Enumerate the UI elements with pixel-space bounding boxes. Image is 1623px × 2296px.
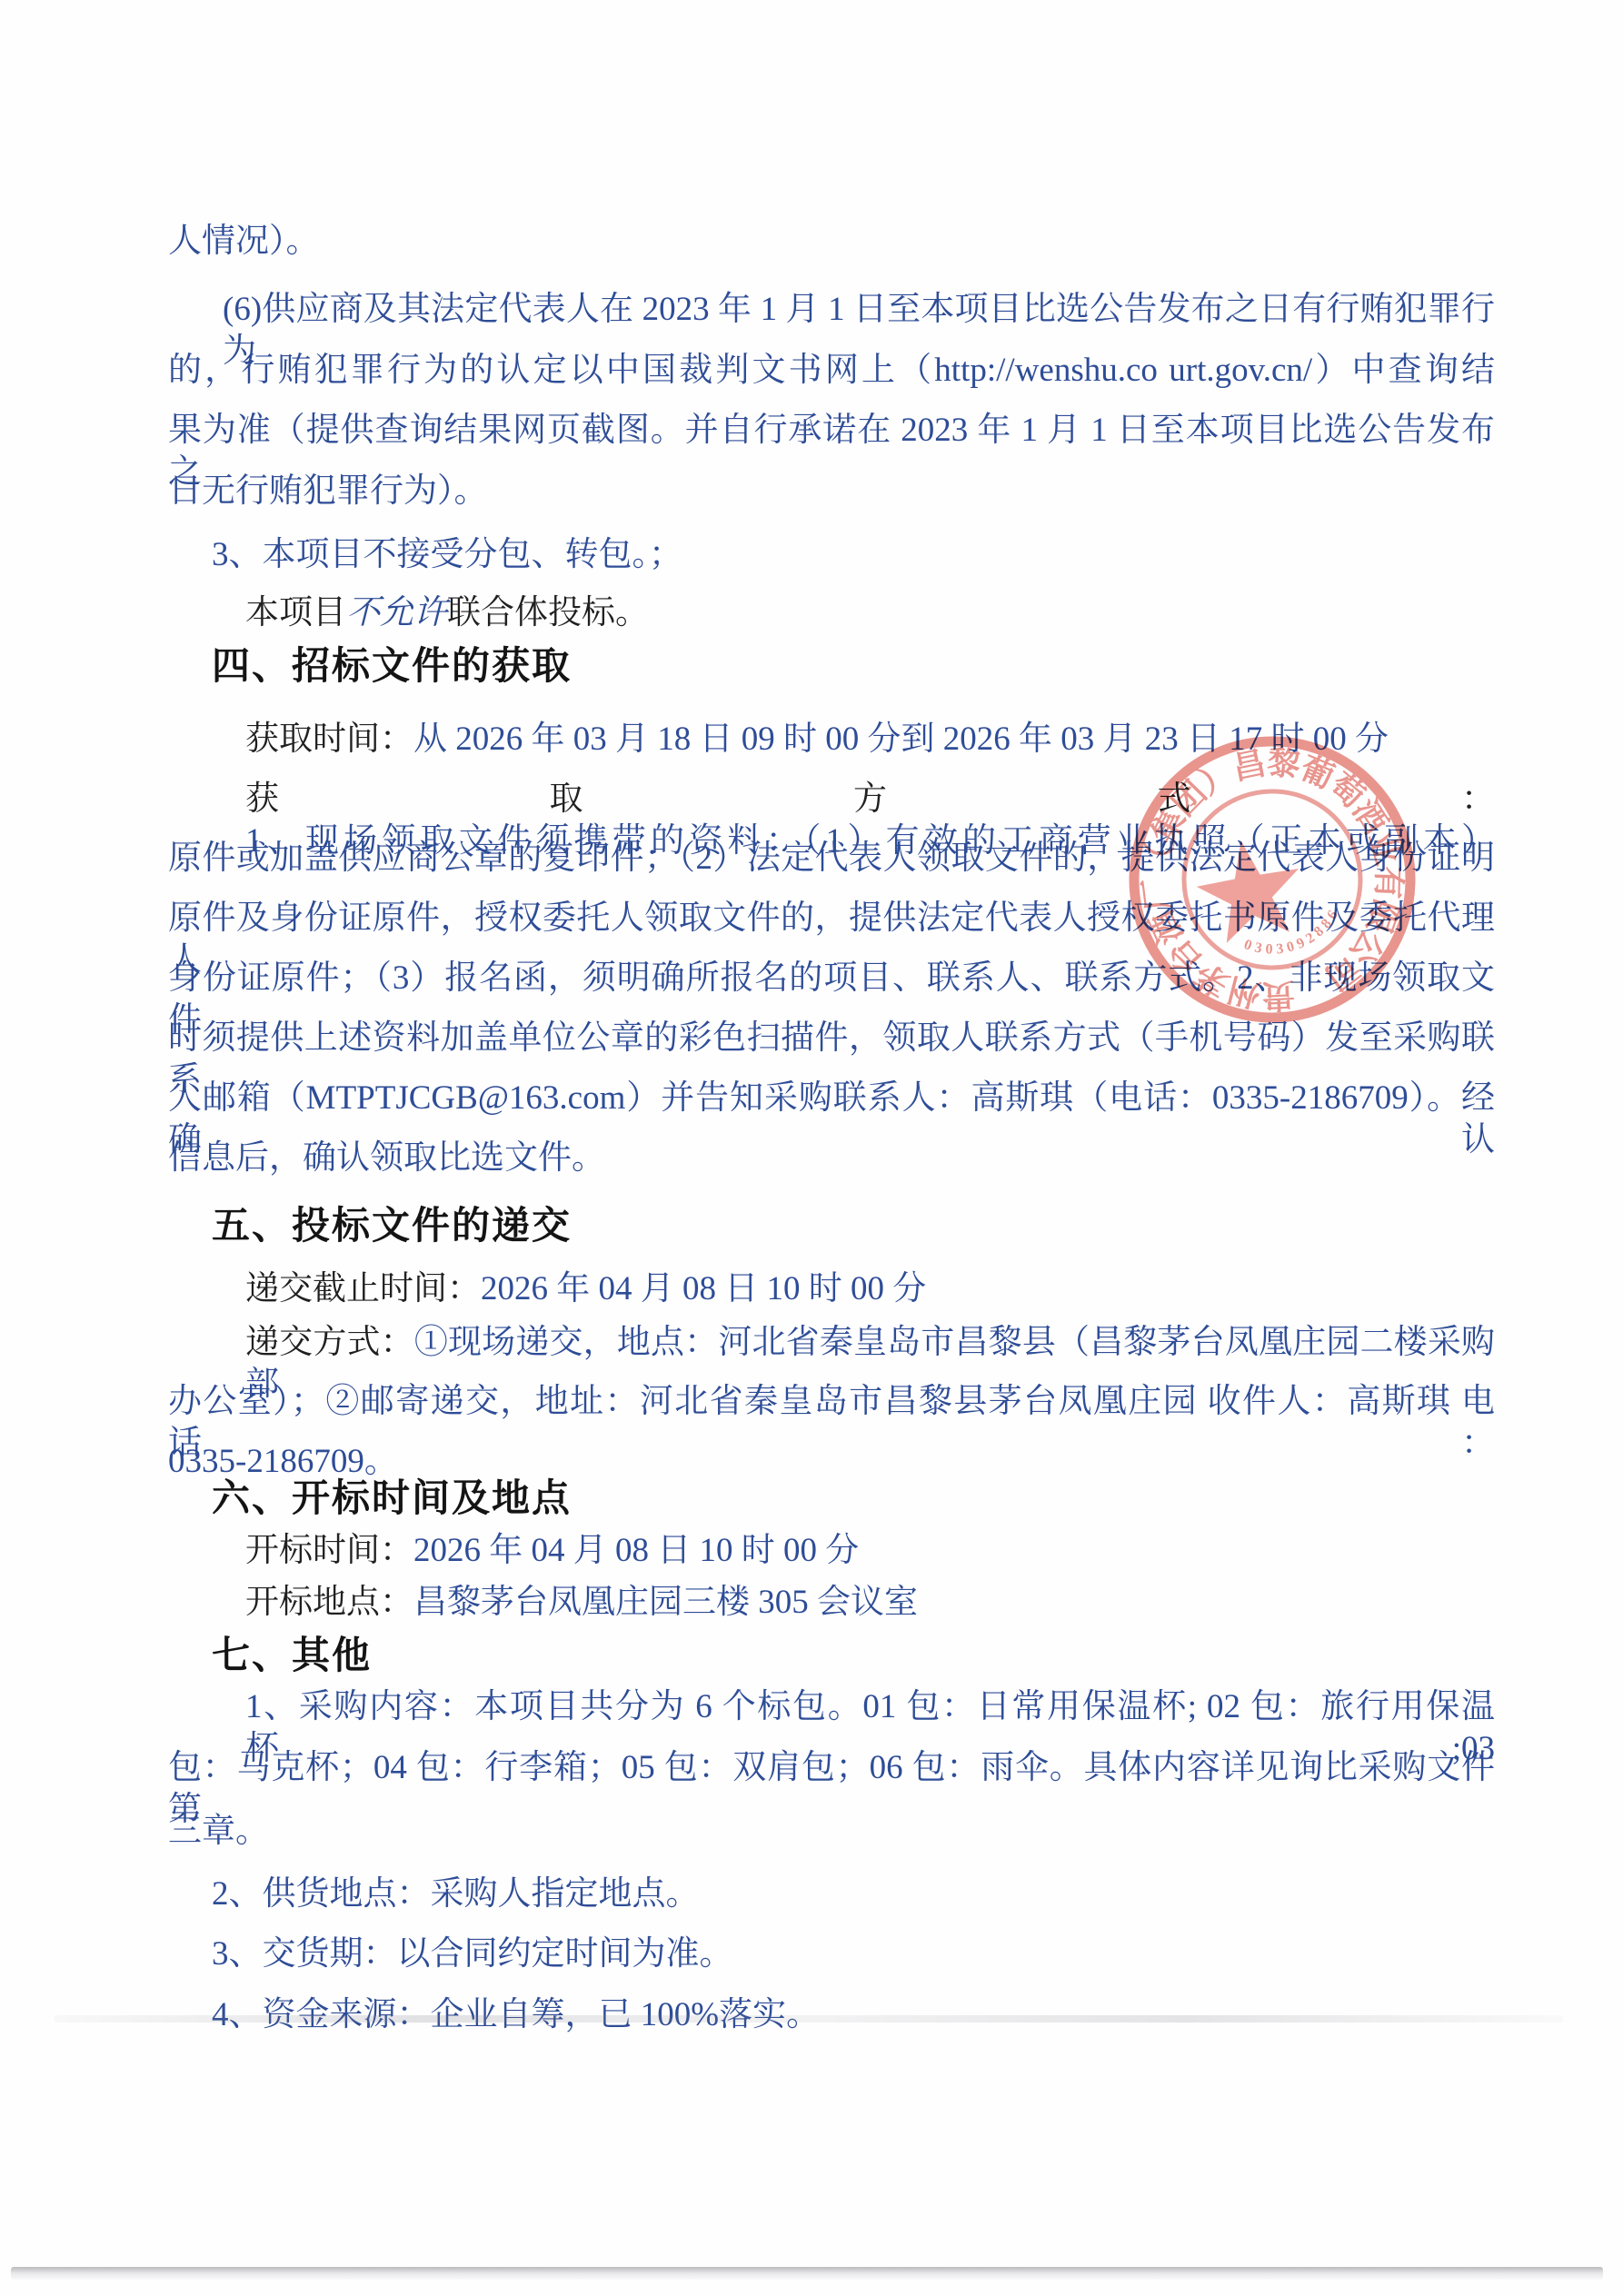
scan-shadow-line [11,2267,1603,2280]
open-time-line: 开标时间：2026 年 04 月 08 日 10 时 00 分 [168,1530,1495,1572]
acquire-time-value: 从 2026 年 03 月 18 日 09 时 00 分到 2026 年 03 … [413,721,1389,758]
submit-deadline-value: 2026 年 04 月 08 日 10 时 00 分 [481,1270,926,1307]
section7-heading: 七、其他 [212,1633,372,1678]
intro-tail-line: 人情况）。 [168,221,1495,263]
clause3-line: 3、本项目不接受分包、转包。； [168,534,1495,576]
open-place-label: 开标地点： [245,1584,413,1621]
joint-venture-line: 本项目不允许联合体投标。 [168,592,1495,634]
open-time-label: 开标时间： [245,1532,413,1569]
acquire-method-label: 获取方式： [245,780,1495,818]
other-item1-line3: 三章。 [168,1811,1495,1853]
acquire-time-label: 获取时间： [245,721,413,758]
submit-deadline-label: 递交截止时间： [245,1270,481,1307]
joint-venture-emphasis: 不允许 [346,594,447,631]
acquire-method-line7: 信息后，确认领取比选文件。 [168,1138,1495,1179]
open-place-line: 开标地点：昌黎茅台凤凰庄园三楼 305 会议室 [168,1582,1495,1624]
section5-heading: 五、投标文件的递交 [212,1203,572,1248]
clause6-line2: 的，行贿犯罪行为的认定以中国裁判文书网上（http://wenshu.co ur… [168,350,1495,392]
joint-venture-pre: 本项目 [245,594,346,631]
acquire-time-line: 获取时间：从 2026 年 03 月 18 日 09 时 00 分到 2026 … [168,719,1495,760]
submit-deadline-line: 递交截止时间：2026 年 04 月 08 日 10 时 00 分 [168,1268,1495,1310]
other-item3-line: 3、交货期：以合同约定时间为准。 [168,1933,1495,1975]
open-place-value: 昌黎茅台凤凰庄园三楼 305 会议室 [413,1584,918,1621]
document-page: 人情况）。 (6)供应商及其法定代表人在 2023 年 1 月 1 日至本项目比… [0,0,1623,2296]
section6-heading: 六、开标时间及地点 [212,1476,572,1521]
section4-heading: 四、招标文件的获取 [212,643,572,689]
acquire-method-line2: 原件或加盖供应商公章的复印件；（2）法定代表人领取文件的，提供法定代表人身份证明 [168,838,1495,880]
other-item2-line: 2、供货地点：采购人指定地点。 [168,1874,1495,1915]
clause6-line4: 日无行贿犯罪行为）。 [168,471,1495,512]
joint-venture-post: 联合体投标。 [447,594,649,631]
open-time-value: 2026 年 04 月 08 日 10 时 00 分 [413,1532,859,1569]
submit-method-label: 递交方式： [245,1324,414,1361]
scan-streak-artifact [55,2015,1563,2023]
